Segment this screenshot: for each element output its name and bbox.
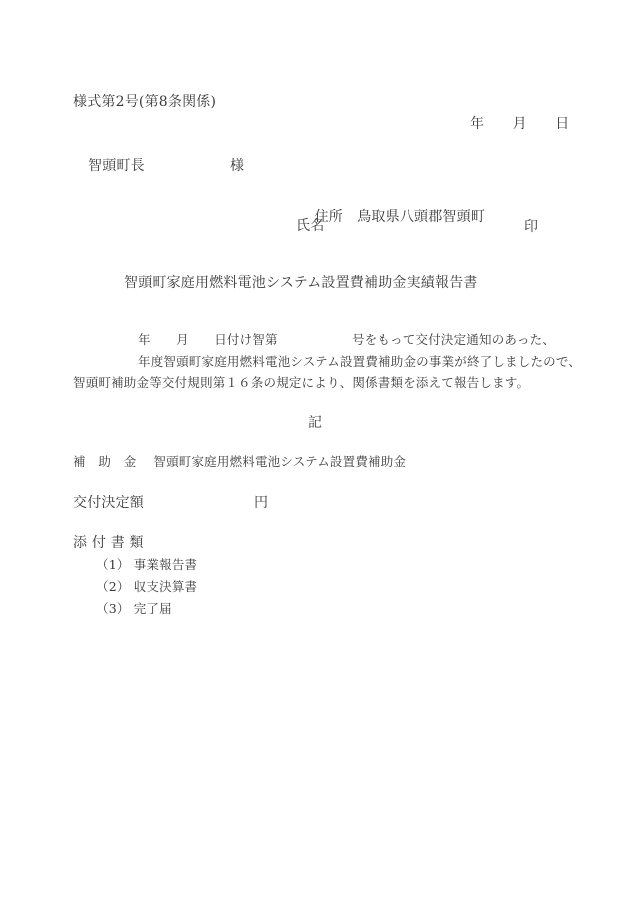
name-label: 氏名 bbox=[296, 219, 324, 233]
attachment-item-1: （1） 事業報告書 bbox=[96, 559, 197, 572]
seal-label: 印 bbox=[524, 220, 538, 234]
address-value: 鳥取県八頭郡智頭町 bbox=[357, 209, 485, 225]
body-line1-left: 年 月 日付け智第 bbox=[138, 334, 278, 347]
attachment-item-2: （2） 収支決算書 bbox=[96, 581, 197, 594]
body-line2: 年度智頭町家庭用燃料電池システム設置費補助金の事業が終了しましたので、 bbox=[138, 356, 581, 369]
form-number: 様式第2号(第8条関係) bbox=[73, 95, 216, 109]
grant-amount-unit: 円 bbox=[254, 496, 268, 510]
document-page: 様式第2号(第8条関係) 年 月 日 智頭町長 様 住所 鳥取県八頭郡智頭町 氏… bbox=[0, 0, 630, 903]
body-line3: 智頭町補助金等交付規則第１６条の規定により、関係書類を添えて報告します。 bbox=[73, 377, 529, 390]
body-line1-right: 号をもって交付決定通知のあった、 bbox=[352, 334, 555, 347]
document-title: 智頭町家庭用燃料電池システム設置費補助金実績報告書 bbox=[124, 276, 478, 290]
ki-heading: 記 bbox=[308, 416, 322, 430]
attachment-item-3: （3） 完了届 bbox=[96, 603, 172, 616]
date-line: 年 月 日 bbox=[470, 117, 569, 131]
attachments-header: 添 付 書 類 bbox=[73, 536, 144, 550]
subsidy-line: 補 助 金 智頭町家庭用燃料電池システム設置費補助金 bbox=[73, 456, 406, 469]
addressee-line: 智頭町長 様 bbox=[88, 159, 244, 173]
grant-amount-label: 交付決定額 bbox=[73, 496, 144, 510]
